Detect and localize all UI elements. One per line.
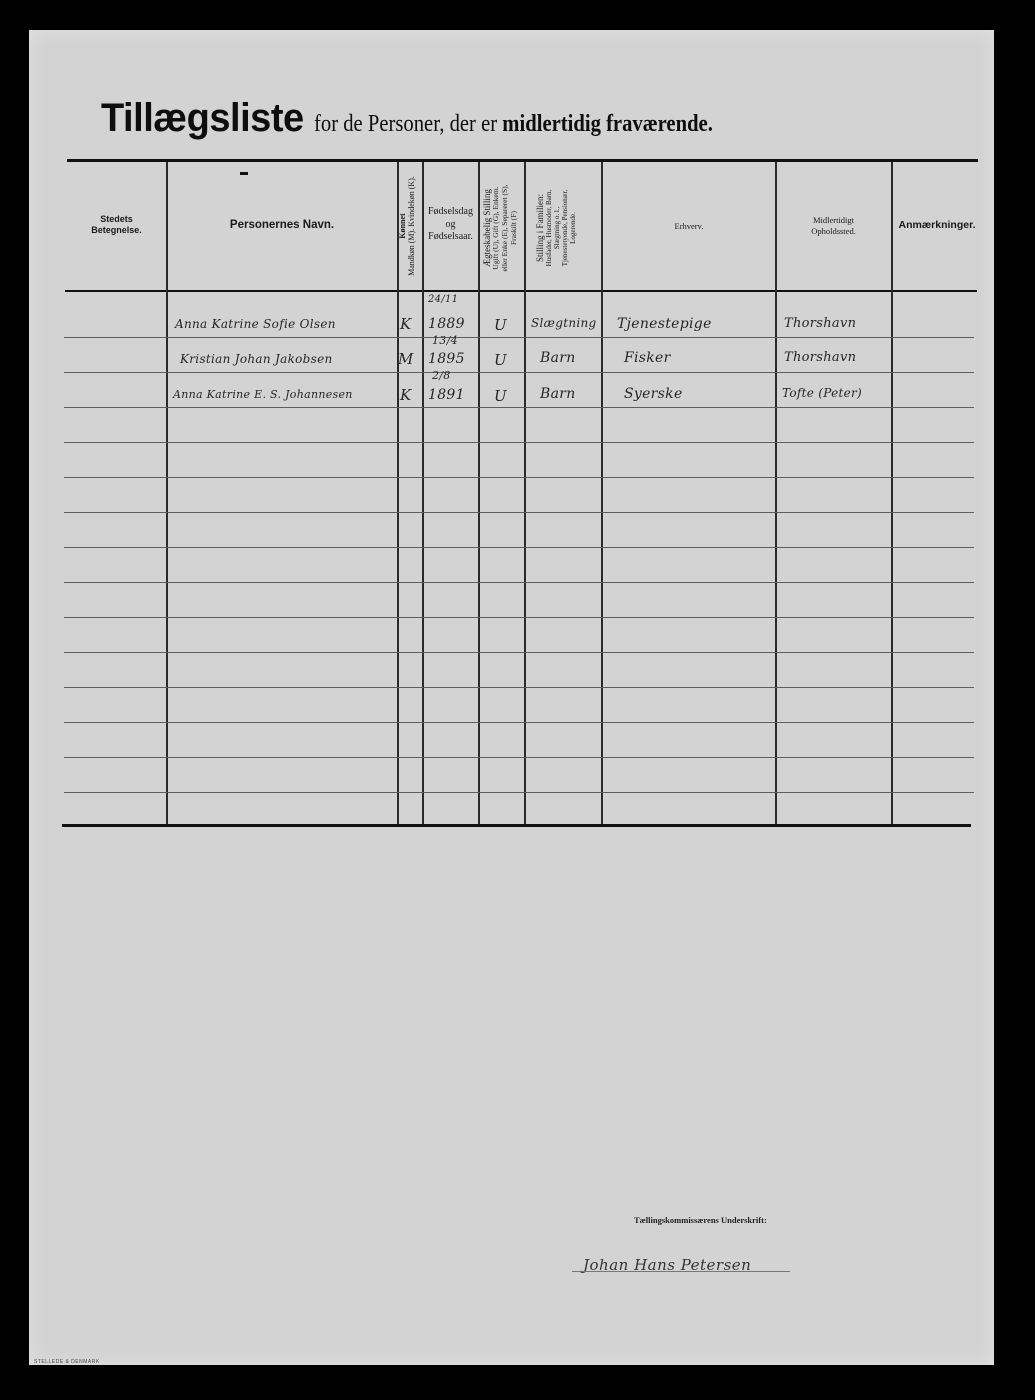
cell-birth-year: 1889 — [428, 316, 465, 332]
cell-name: Anna Katrine Sofie Olsen — [175, 317, 336, 331]
title-subtitle-bold: midlertidig fraværende. — [503, 111, 714, 137]
cell-family-position: Barn — [540, 350, 576, 366]
header-sex: Kønnet Mandkøn (M). Kvindekøn (K). — [398, 163, 420, 289]
header-sex-line1: Kønnet — [398, 163, 407, 289]
cell-marital: U — [494, 387, 507, 405]
cell-sex: M — [398, 350, 414, 368]
row-line — [64, 652, 974, 653]
header-marital: Ægteskabelig Stilling Ugift (U), Gift (G… — [482, 165, 522, 291]
header-place-line2: Betegnelse. — [91, 225, 142, 236]
row-line — [64, 477, 974, 478]
header-family-position: Stilling i Familien: Husfader, Husmoder,… — [535, 165, 591, 291]
cell-birth-year: 1891 — [428, 387, 465, 403]
row-line — [64, 442, 974, 443]
page-title: Tillægsliste for de Personer, der er mid… — [101, 96, 778, 141]
cell-temp-residence: Thorshavn — [784, 350, 856, 365]
header-name: Personernes Navn. — [167, 215, 397, 235]
header-family-line3: Slægtning o. l., — [553, 165, 561, 291]
header-temp-residence: Midlertidigt Opholdssted. — [776, 210, 891, 242]
title-subtitle: for de Personer, der er midlertidig frav… — [314, 111, 713, 138]
header-birth-line1: Fødselsdag — [428, 206, 473, 219]
cell-sex: K — [400, 315, 412, 333]
header-family-line4: Tjenestetyende, Pensionær, — [561, 165, 569, 291]
header-place: Stedets Betegnelse. — [67, 205, 166, 245]
cell-family-position: Barn — [540, 386, 576, 402]
row-line — [64, 792, 974, 793]
row-line — [64, 407, 974, 408]
row-line — [64, 582, 974, 583]
header-family-line5: Logerende. — [569, 165, 577, 291]
dash-mark — [240, 172, 248, 175]
header-birth: Fødselsdag og Fødselsaar. — [423, 200, 478, 250]
cell-occupation: Fisker — [624, 350, 671, 366]
row-line — [64, 687, 974, 688]
row-line — [64, 617, 974, 618]
column-divider — [422, 162, 424, 824]
header-residence-line1: Midlertidigt — [811, 215, 856, 226]
table-top-rule — [67, 159, 978, 162]
title-subtitle-prefix: for de Personer, der er — [314, 111, 497, 137]
row-line — [64, 512, 974, 513]
printer-mark: STELLEDE & DENMARK — [34, 1359, 100, 1365]
cell-occupation: Syerske — [624, 386, 683, 402]
cell-occupation: Tjenestepige — [617, 316, 712, 332]
signature-label: Tællingskommissærens Underskrift: — [634, 1215, 767, 1225]
cell-marital: U — [494, 351, 507, 369]
cell-birth-year: 1895 — [428, 351, 465, 367]
cell-sex: K — [400, 386, 412, 404]
header-sex-line2: Mandkøn (M). Kvindekøn (K). — [407, 163, 416, 289]
column-divider — [601, 162, 603, 824]
header-birth-line3: Fødselsaar. — [428, 231, 473, 244]
column-divider — [524, 162, 526, 824]
column-divider — [891, 162, 893, 824]
cell-birth-day: 13/4 — [432, 334, 458, 347]
cell-birth-day: 24/11 — [428, 294, 458, 305]
header-place-line1: Stedets — [91, 214, 142, 225]
header-occupation: Erhverv. — [602, 218, 776, 234]
header-remarks: Anmærkninger. — [892, 218, 982, 234]
header-family-line1: Stilling i Familien: — [535, 165, 545, 291]
cell-temp-residence: Thorshavn — [784, 316, 856, 331]
row-line — [64, 372, 974, 373]
cell-marital: U — [494, 316, 507, 334]
cell-family-position: Slægtning — [531, 316, 597, 330]
header-family-line2: Husfader, Husmoder, Barn, — [545, 165, 553, 291]
header-residence-line2: Opholdssted. — [811, 226, 856, 237]
header-birth-line2: og — [428, 219, 473, 232]
cell-birth-day: 2/8 — [432, 369, 451, 382]
header-marital-line4: Fraskilt (F) — [510, 165, 519, 291]
column-divider — [166, 162, 168, 824]
cell-name: Kristian Johan Jakobsen — [180, 352, 333, 366]
row-line — [64, 337, 974, 338]
row-line — [64, 757, 974, 758]
table-bottom-rule — [62, 824, 971, 827]
signature-line — [572, 1271, 790, 1272]
cell-temp-residence: Tofte (Peter) — [782, 386, 862, 400]
title-main: Tillægsliste — [101, 96, 304, 141]
column-divider — [775, 162, 777, 824]
row-line — [64, 547, 974, 548]
column-divider — [478, 162, 480, 824]
row-line — [64, 722, 974, 723]
cell-name: Anna Katrine E. S. Johannesen — [173, 388, 353, 401]
